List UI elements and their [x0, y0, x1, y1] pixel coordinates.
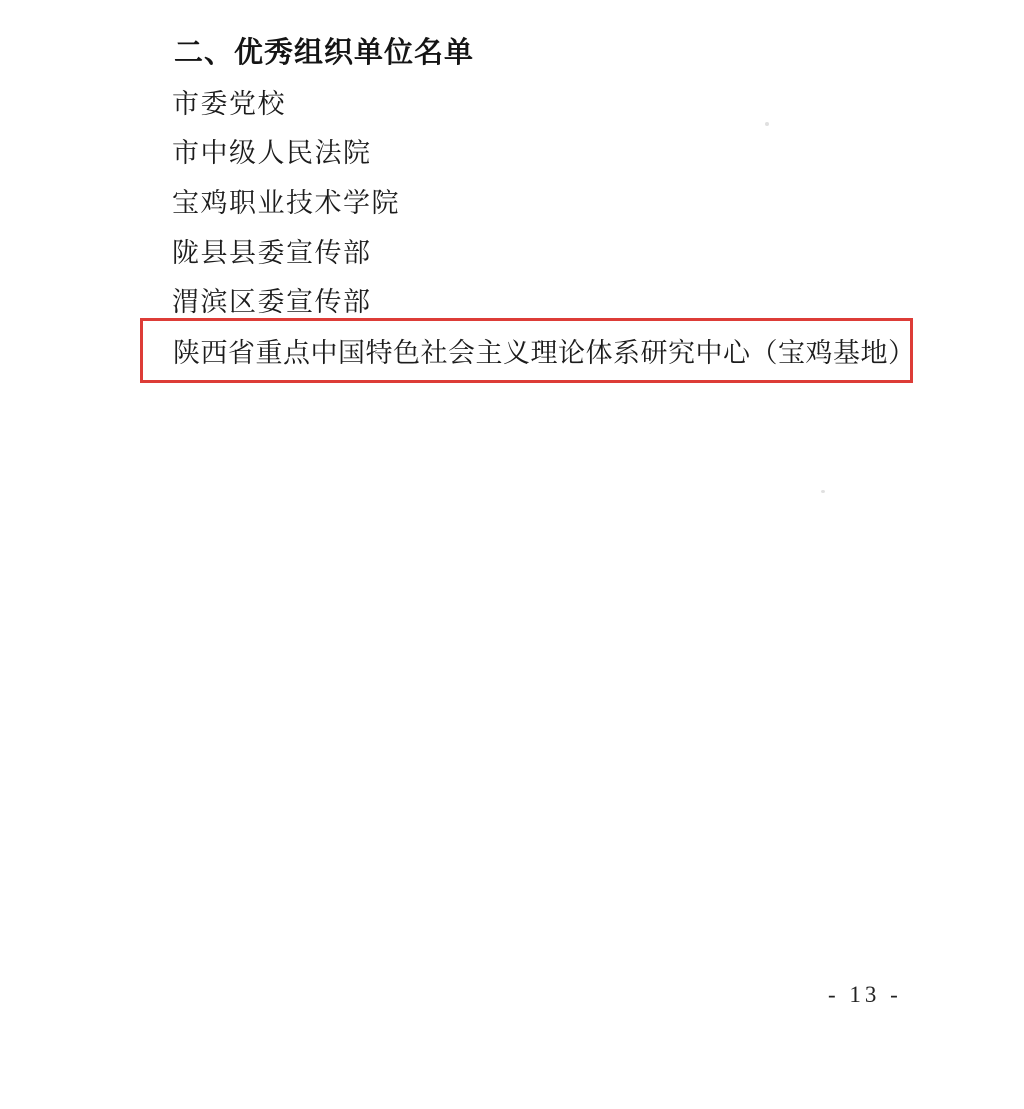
highlight-box: 陕西省重点中国特色社会主义理论体系研究中心（宝鸡基地）: [140, 318, 913, 383]
highlighted-list-item: 陕西省重点中国特色社会主义理论体系研究中心（宝鸡基地）: [173, 331, 916, 370]
list-item: 市中级人民法院: [172, 131, 372, 170]
page-number: - 13 -: [828, 982, 902, 1008]
list-item: 市委党校: [172, 82, 286, 121]
document-page: 二、优秀组织单位名单 市委党校 市中级人民法院 宝鸡职业技术学院 陇县县委宣传部…: [0, 0, 1024, 1109]
scan-speck: [821, 490, 825, 493]
list-item: 宝鸡职业技术学院: [172, 181, 400, 220]
scan-speck: [765, 122, 769, 126]
section-heading: 二、优秀组织单位名单: [174, 30, 474, 71]
list-item: 陇县县委宣传部: [172, 231, 372, 270]
list-item: 渭滨区委宣传部: [172, 280, 372, 319]
